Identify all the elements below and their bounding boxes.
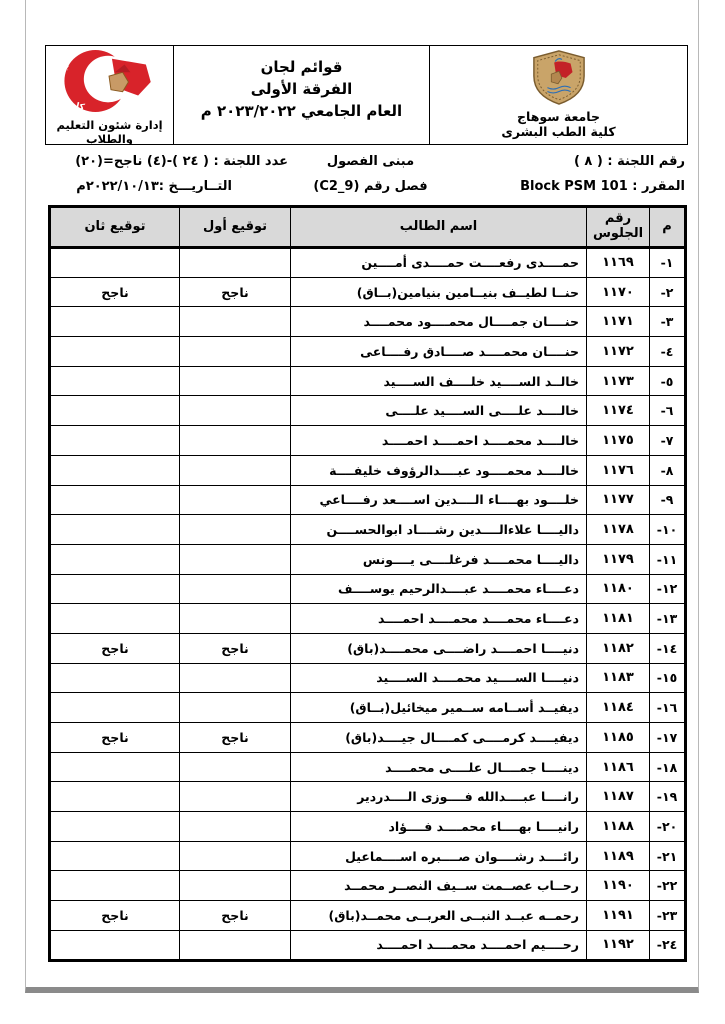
- seat-number-cell: ١١٧٦: [587, 455, 650, 485]
- student-name-cell: رحــاب عصــمت ســيف النصــر محمــد: [291, 871, 587, 901]
- row-number-cell: ١٣-: [650, 604, 686, 634]
- seat-number-cell: ١١٧٧: [587, 485, 650, 515]
- student-name-cell: دينــــا جمــــال علــــى محمــــد: [291, 752, 587, 782]
- second-signature-cell: [50, 871, 180, 901]
- row-number-cell: ٨-: [650, 455, 686, 485]
- second-signature-cell: [50, 782, 180, 812]
- seat-number-cell: ١١٧٩: [587, 544, 650, 574]
- seat-number-cell: ١١٨٦: [587, 752, 650, 782]
- seat-number-cell: ١١٨٣: [587, 663, 650, 693]
- student-name-cell: ديفيــــد كرمــــى كمــــال جيــــد(باق): [291, 723, 587, 753]
- table-row: ١٩- ١١٨٧ رانــــا عبــــدالله فــــوزى ا…: [50, 782, 686, 812]
- seat-number-cell: ١١٧١: [587, 307, 650, 337]
- second-signature-cell: [50, 663, 180, 693]
- row-number-cell: ١٤-: [650, 633, 686, 663]
- title-line-1: قوائم لجان: [174, 56, 429, 78]
- student-name-cell: رحــــيم احمــــد محمــــد احمــــد: [291, 930, 587, 960]
- row-number-cell: ٤-: [650, 337, 686, 367]
- seat-number-cell: ١١٨٠: [587, 574, 650, 604]
- seat-number-cell: ١١٦٩: [587, 248, 650, 278]
- seat-number-cell: ١١٨٢: [587, 633, 650, 663]
- column-header-number: م: [650, 207, 686, 248]
- row-number-cell: ١-: [650, 248, 686, 278]
- first-signature-cell: [180, 337, 291, 367]
- row-number-cell: ٢٤-: [650, 930, 686, 960]
- faculty-name: كلية الطب البشرى: [430, 124, 687, 139]
- first-signature-cell: ناجح: [180, 723, 291, 753]
- seat-number-cell: ١١٧٥: [587, 426, 650, 456]
- table-row: ٢١- ١١٨٩ رائــــد رشــــوان صــــبره اسـ…: [50, 841, 686, 871]
- document-title-block: قوائم لجان الفرقة الأولى العام الجامعي ٢…: [173, 46, 430, 144]
- student-name-cell: دنيــــا احمــــد راضــــى محمــــد(باق): [291, 633, 587, 663]
- first-signature-cell: [180, 307, 291, 337]
- seat-number-cell: ١١٨٥: [587, 723, 650, 753]
- seat-number-cell: ١١٨٧: [587, 782, 650, 812]
- info-left-zone: عدد اللجنة : ( ٢٤ )-(٤) ناجح=(٢٠) التــا…: [45, 149, 288, 203]
- first-signature-cell: [180, 930, 291, 960]
- seat-number-cell: ١١٧٨: [587, 515, 650, 545]
- table-row: ١- ١١٦٩ حمــــدى رفعــــت حمــــدى أمـــ…: [50, 248, 686, 278]
- row-number-cell: ٥-: [650, 366, 686, 396]
- second-signature-cell: [50, 307, 180, 337]
- first-signature-cell: [180, 485, 291, 515]
- row-number-cell: ١٨-: [650, 752, 686, 782]
- first-signature-cell: ناجح: [180, 901, 291, 931]
- building-name: مبنى الفصول: [288, 149, 453, 174]
- second-signature-cell: [50, 337, 180, 367]
- second-signature-cell: [50, 426, 180, 456]
- committee-number: رقم اللجنة : ( ٨ ): [453, 149, 685, 174]
- second-signature-cell: [50, 366, 180, 396]
- university-shield-icon: [528, 49, 590, 105]
- row-number-cell: ٣-: [650, 307, 686, 337]
- header-banner: جامعة سوهاج كلية الطب البشرى قوائم لجان …: [45, 45, 688, 145]
- room-number: فصل رقم (C2_9): [288, 174, 453, 199]
- department-identity: جامعة سوهاج كلية الطب إدارة شئون التعليم…: [46, 46, 173, 144]
- column-header-first-signature: توقيع أول: [180, 207, 291, 248]
- row-number-cell: ١٩-: [650, 782, 686, 812]
- table-row: ٨- ١١٧٦ خالــــد محمــــود عبــــدالرؤوف…: [50, 455, 686, 485]
- first-signature-cell: [180, 544, 291, 574]
- student-name-cell: دعــــاء محمــــد عبــــدالرحيم يوســــف: [291, 574, 587, 604]
- table-row: ١٨- ١١٨٦ دينــــا جمــــال علــــى محمــ…: [50, 752, 686, 782]
- first-signature-cell: [180, 366, 291, 396]
- students-table-body: ١- ١١٦٩ حمــــدى رفعــــت حمــــدى أمـــ…: [50, 248, 686, 961]
- seat-number-cell: ١١٧٠: [587, 277, 650, 307]
- seat-number-cell: ١١٧٢: [587, 337, 650, 367]
- university-shield-logo-wrap: [430, 49, 687, 109]
- second-signature-cell: [50, 930, 180, 960]
- student-name-cell: حنــــان محمــــد صــــادق رفــــاعى: [291, 337, 587, 367]
- student-name-cell: خالــد الســــيد خلــــف الســــيد: [291, 366, 587, 396]
- second-signature-cell: [50, 455, 180, 485]
- first-signature-cell: [180, 248, 291, 278]
- column-header-name: اسم الطالب: [291, 207, 587, 248]
- second-signature-cell: [50, 693, 180, 723]
- student-name-cell: خالــــد محمــــود عبــــدالرؤوف خليفـــ…: [291, 455, 587, 485]
- seat-number-cell: ١١٨٨: [587, 812, 650, 842]
- university-identity: جامعة سوهاج كلية الطب البشرى: [430, 46, 687, 144]
- second-signature-cell: ناجح: [50, 723, 180, 753]
- row-number-cell: ١٦-: [650, 693, 686, 723]
- row-number-cell: ٢-: [650, 277, 686, 307]
- second-signature-cell: [50, 841, 180, 871]
- table-row: ١٣- ١١٨١ دعــــاء محمــــد محمــــد احمـ…: [50, 604, 686, 634]
- row-number-cell: ٢٣-: [650, 901, 686, 931]
- row-number-cell: ٢٢-: [650, 871, 686, 901]
- first-signature-cell: [180, 871, 291, 901]
- table-row: ٧- ١١٧٥ خالــــد محمــــد احمــــد احمــ…: [50, 426, 686, 456]
- second-signature-cell: [50, 604, 180, 634]
- student-name-cell: ديفيــد أســامه ســمير ميخائيل(بــاق): [291, 693, 587, 723]
- seat-number-cell: ١١٨٩: [587, 841, 650, 871]
- committee-info-row: رقم اللجنة : ( ٨ ) المقرر : Block PSM 10…: [45, 149, 688, 203]
- seat-number-cell: ١١٨٤: [587, 693, 650, 723]
- seat-number-cell: ١١٩٠: [587, 871, 650, 901]
- first-signature-cell: [180, 841, 291, 871]
- faculty-crescent-logo-wrap: جامعة سوهاج كلية الطب: [46, 49, 173, 117]
- second-signature-cell: [50, 485, 180, 515]
- table-row: ١٢- ١١٨٠ دعــــاء محمــــد عبــــدالرحيم…: [50, 574, 686, 604]
- first-signature-cell: [180, 515, 291, 545]
- seat-number-cell: ١١٩٢: [587, 930, 650, 960]
- first-signature-cell: [180, 752, 291, 782]
- committee-count: عدد اللجنة : ( ٢٤ )-(٤) ناجح=(٢٠): [45, 149, 288, 174]
- column-header-seat: رقم الجلوس: [587, 207, 650, 248]
- second-signature-cell: ناجح: [50, 277, 180, 307]
- document-page: جامعة سوهاج كلية الطب البشرى قوائم لجان …: [0, 0, 725, 1024]
- second-signature-cell: [50, 248, 180, 278]
- second-signature-cell: [50, 396, 180, 426]
- table-row: ٥- ١١٧٣ خالــد الســــيد خلــــف الســــ…: [50, 366, 686, 396]
- student-name-cell: داليــــا محمــــد فرغلــــى يــــونس: [291, 544, 587, 574]
- table-row: ١٦- ١١٨٤ ديفيــد أســامه ســمير ميخائيل(…: [50, 693, 686, 723]
- student-name-cell: خالــــد محمــــد احمــــد احمــــد: [291, 426, 587, 456]
- table-row: ١١- ١١٧٩ داليــــا محمــــد فرغلــــى يـ…: [50, 544, 686, 574]
- table-row: ٢٠- ١١٨٨ رانيــــا بهــــاء محمــــد فــ…: [50, 812, 686, 842]
- student-name-cell: خالــــد علــــى الســــيد علــــى: [291, 396, 587, 426]
- seat-number-cell: ١١٩١: [587, 901, 650, 931]
- row-number-cell: ١١-: [650, 544, 686, 574]
- first-signature-cell: [180, 782, 291, 812]
- table-row: ٢٤- ١١٩٢ رحــــيم احمــــد محمــــد احمـ…: [50, 930, 686, 960]
- table-row: ٩- ١١٧٧ خلــــود بهــــاء الــــدين اســ…: [50, 485, 686, 515]
- seat-number-cell: ١١٨١: [587, 604, 650, 634]
- first-signature-cell: ناجح: [180, 633, 291, 663]
- second-signature-cell: [50, 544, 180, 574]
- info-right-zone: رقم اللجنة : ( ٨ ) المقرر : Block PSM 10…: [453, 149, 688, 203]
- info-center-zone: مبنى الفصول فصل رقم (C2_9): [288, 149, 453, 203]
- student-name-cell: داليــــا علاءالــــدين رشــــاد ابوالحس…: [291, 515, 587, 545]
- first-signature-cell: ناجح: [180, 277, 291, 307]
- row-number-cell: ١٠-: [650, 515, 686, 545]
- faculty-crescent-icon: جامعة سوهاج كلية الطب: [57, 49, 163, 113]
- column-header-second-signature: توقيع ثان: [50, 207, 180, 248]
- table-row: ١٠- ١١٧٨ داليــــا علاءالــــدين رشــــا…: [50, 515, 686, 545]
- first-signature-cell: [180, 604, 291, 634]
- course-code: المقرر : Block PSM 101: [453, 174, 685, 199]
- student-name-cell: رانــــا عبــــدالله فــــوزى الــــدردي…: [291, 782, 587, 812]
- table-header-row: م رقم الجلوس اسم الطالب توقيع أول توقيع …: [50, 207, 686, 248]
- exam-date: التــاريـــخ :٢٠٢٢/١٠/١٣م: [45, 174, 288, 199]
- second-signature-cell: [50, 574, 180, 604]
- table-row: ٤- ١١٧٢ حنــــان محمــــد صــــادق رفـــ…: [50, 337, 686, 367]
- row-number-cell: ٢١-: [650, 841, 686, 871]
- second-signature-cell: [50, 812, 180, 842]
- table-row: ١٧- ١١٨٥ ديفيــــد كرمــــى كمــــال جيـ…: [50, 723, 686, 753]
- first-signature-cell: [180, 455, 291, 485]
- row-number-cell: ١٧-: [650, 723, 686, 753]
- first-signature-cell: [180, 574, 291, 604]
- student-name-cell: حمــــدى رفعــــت حمــــدى أمــــين: [291, 248, 587, 278]
- second-signature-cell: [50, 752, 180, 782]
- row-number-cell: ٧-: [650, 426, 686, 456]
- students-table: م رقم الجلوس اسم الطالب توقيع أول توقيع …: [48, 205, 687, 962]
- seat-number-cell: ١١٧٤: [587, 396, 650, 426]
- table-row: ٢- ١١٧٠ حنــا لطيــف بنيــامين بنيامين(ب…: [50, 277, 686, 307]
- first-signature-cell: [180, 426, 291, 456]
- table-row: ٢٣- ١١٩١ رحمــه عبــد النبــى العربــى م…: [50, 901, 686, 931]
- row-number-cell: ٢٠-: [650, 812, 686, 842]
- table-row: ٢٢- ١١٩٠ رحــاب عصــمت ســيف النصــر محم…: [50, 871, 686, 901]
- first-signature-cell: [180, 693, 291, 723]
- first-signature-cell: [180, 663, 291, 693]
- student-name-cell: رائــــد رشــــوان صــــبره اســــماعيل: [291, 841, 587, 871]
- first-signature-cell: [180, 812, 291, 842]
- title-line-3: العام الجامعي ٢٠٢٣/٢٠٢٢ م: [174, 100, 429, 122]
- table-row: ٣- ١١٧١ حنــــان جمــــال محمــــود محمـ…: [50, 307, 686, 337]
- row-number-cell: ١٥-: [650, 663, 686, 693]
- student-name-cell: دعــــاء محمــــد محمــــد احمــــد: [291, 604, 587, 634]
- student-name-cell: خلــــود بهــــاء الــــدين اســــعد رفـ…: [291, 485, 587, 515]
- table-row: ٦- ١١٧٤ خالــــد علــــى الســــيد علـــ…: [50, 396, 686, 426]
- row-number-cell: ٦-: [650, 396, 686, 426]
- student-name-cell: حنــــان جمــــال محمــــود محمــــد: [291, 307, 587, 337]
- student-name-cell: رانيــــا بهــــاء محمــــد فــــؤاد: [291, 812, 587, 842]
- student-name-cell: رحمــه عبــد النبــى العربــى محمــد(باق…: [291, 901, 587, 931]
- student-name-cell: حنــا لطيــف بنيــامين بنيامين(بــاق): [291, 277, 587, 307]
- department-name: إدارة شئون التعليم والطلاب: [46, 118, 173, 144]
- table-row: ١٥- ١١٨٣ دنيــــا الســــيد محمــــد الس…: [50, 663, 686, 693]
- title-line-2: الفرقة الأولى: [174, 78, 429, 100]
- university-name: جامعة سوهاج: [430, 109, 687, 124]
- second-signature-cell: ناجح: [50, 633, 180, 663]
- student-name-cell: دنيــــا الســــيد محمــــد الســــيد: [291, 663, 587, 693]
- row-number-cell: ١٢-: [650, 574, 686, 604]
- seat-number-cell: ١١٧٣: [587, 366, 650, 396]
- table-row: ١٤- ١١٨٢ دنيــــا احمــــد راضــــى محمـ…: [50, 633, 686, 663]
- first-signature-cell: [180, 396, 291, 426]
- row-number-cell: ٩-: [650, 485, 686, 515]
- second-signature-cell: ناجح: [50, 901, 180, 931]
- second-signature-cell: [50, 515, 180, 545]
